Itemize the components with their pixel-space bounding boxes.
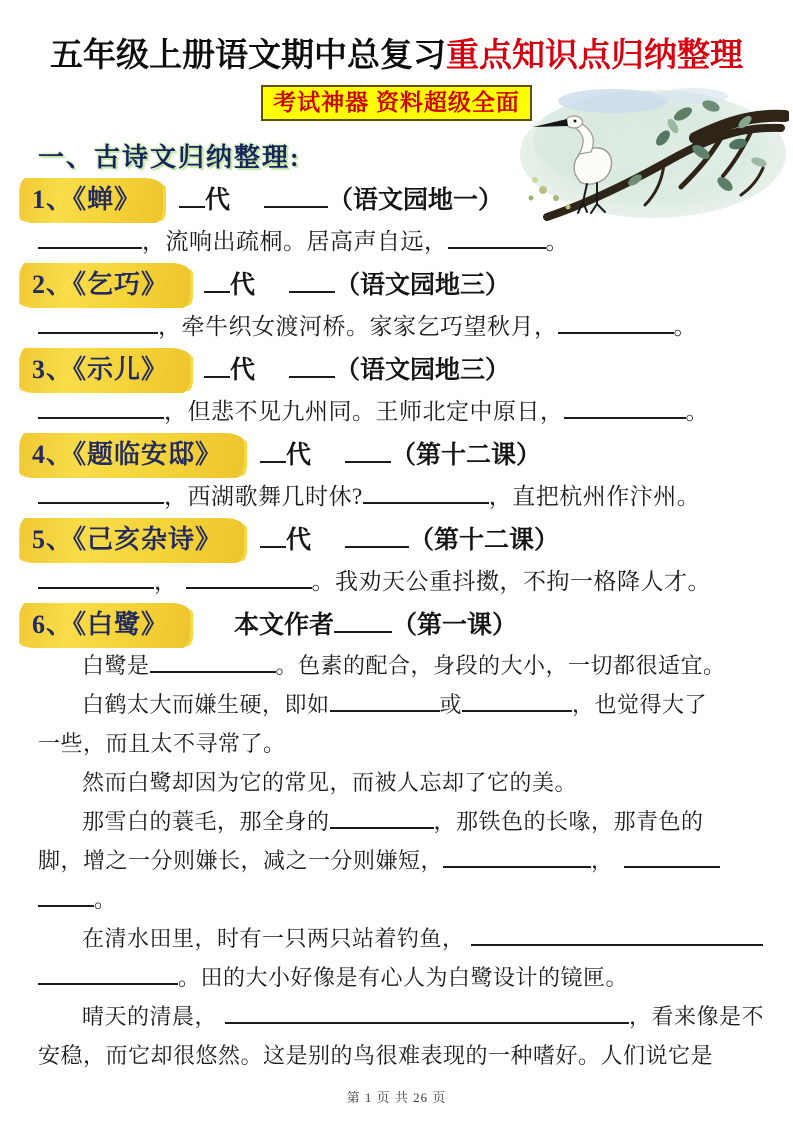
page-title-red-part: 重点知识点归纳整理: [446, 38, 743, 74]
text-segment: 代: [230, 357, 255, 384]
text-segment: （语文园地三）: [335, 272, 510, 299]
fill-in-blank: [564, 394, 686, 419]
fill-in-blank: [330, 805, 434, 829]
text-segment: 代: [286, 442, 311, 469]
text-segment: （第一课）: [392, 612, 517, 639]
page-title-black-part: 五年级上册语文期中总复习: [50, 38, 446, 74]
spacer: [244, 462, 260, 463]
text-segment: 代: [230, 272, 255, 299]
text-line: ，流响出疏桐。居高声自远，。: [38, 221, 755, 263]
text-segment: 脚，增之一分则嫌长，减之一分则嫌短，: [38, 848, 443, 873]
text-segment: ，但悲不见九州同。王师北定中原日，: [164, 399, 564, 424]
fill-in-blank: [558, 309, 674, 334]
text-segment: ，牵牛织女渡河桥。家家乞巧望秋月，: [158, 314, 558, 339]
text-line: 。: [38, 880, 755, 919]
fill-in-blank: [179, 181, 205, 208]
spacer: [163, 207, 179, 208]
text-segment: ，直把杭州作汴州。: [489, 484, 701, 509]
text-segment: （第十二课）: [391, 442, 541, 469]
text-line: ，西湖歌舞几时休?，直把杭州作汴州。: [38, 476, 755, 518]
text-segment: （语文园地一）: [328, 187, 503, 214]
spacer: [244, 547, 260, 548]
fill-in-blank: [471, 922, 763, 946]
text-line: 一些，而且太不寻常了。: [38, 724, 755, 763]
text-line: 脚，增之一分则嫌长，减之一分则嫌短，，: [38, 841, 755, 880]
fill-in-blank: [260, 436, 286, 463]
item-title-highlight: 5、《己亥杂诗》: [20, 518, 244, 563]
text-segment: 代: [205, 187, 230, 214]
text-line: 白鹭是。色素的配合，身段的大小，一切都很适宜。: [38, 646, 755, 685]
fill-in-blank: [624, 844, 720, 868]
fill-in-blank: [38, 394, 164, 419]
text-line: 那雪白的蓑毛，那全身的，那铁色的长喙，那青色的: [38, 802, 755, 841]
spacer: [255, 377, 289, 378]
spacer: [217, 1023, 225, 1024]
text-segment: 在清水田里，时有一只两只站着钓鱼，: [82, 926, 465, 951]
spacer: [311, 462, 345, 463]
fill-in-blank: [330, 688, 440, 712]
fill-in-blank: [186, 564, 312, 589]
text-line: ，牵牛织女渡河桥。家家乞巧望秋月，。: [38, 306, 755, 348]
text-segment: 晴天的清晨，: [82, 1004, 217, 1029]
text-segment: （第十二课）: [409, 527, 559, 554]
text-segment: ，: [591, 848, 614, 873]
worksheet-content: 1、《蝉》代（语文园地一），流响出疏桐。居高声自远，。2、《乞巧》代（语文园地三…: [38, 178, 755, 1075]
page-number-footer: 第 1 页 共 26 页: [0, 1087, 793, 1106]
text-segment: 。: [546, 229, 570, 254]
spacer: [190, 292, 204, 293]
text-line: ，但悲不见九州同。王师北定中原日，。: [38, 391, 755, 433]
text-segment: 安稳，而它却很悠然。这是别的鸟很难表现的一种嗜好。人们说它是: [38, 1043, 713, 1068]
text-segment: 。: [674, 314, 698, 339]
text-line: 安稳，而它却很悠然。这是别的鸟很难表现的一种嗜好。人们说它是: [38, 1036, 755, 1075]
text-line: ，。我劝天公重抖擞，不拘一格降人才。: [38, 561, 755, 603]
text-segment: 白鹤太大而嫌生硬，即如: [82, 692, 330, 717]
text-segment: 。我劝天公重抖擞，不拘一格降人才。: [312, 569, 712, 594]
fill-in-blank: [334, 606, 392, 633]
item-header: 4、《题临安邸》代（第十二课）: [38, 433, 755, 476]
text-line: 在清水田里，时有一只两只站着钓鱼，: [38, 919, 755, 958]
fill-in-blank: [448, 224, 546, 249]
text-line: 。田的大小好像是有心人为白鹭设计的镜匣。: [38, 958, 755, 997]
fill-in-blank: [38, 961, 178, 985]
text-segment: 。田的大小好像是有心人为白鹭设计的镜匣。: [178, 965, 628, 990]
item-title-highlight: 3、《示儿》: [20, 348, 190, 393]
item-title-highlight: 6、《白鹭》: [20, 603, 190, 648]
text-segment: 一些，而且太不寻常了。: [38, 731, 286, 756]
spacer: [255, 292, 289, 293]
text-segment: 。色素的配合，身段的大小，一切都很适宜。: [276, 653, 726, 678]
text-segment: 白鹭是: [82, 653, 150, 678]
item-header: 3、《示儿》代（语文园地三）: [38, 348, 755, 391]
spacer: [178, 588, 186, 589]
text-segment: 。: [686, 399, 710, 424]
fill-in-blank: [289, 266, 335, 293]
item-title-highlight: 2、《乞巧》: [20, 263, 190, 308]
text-segment: 然而白鹭却因为它的常见，而被人忘却了它的美。: [82, 770, 577, 795]
text-segment: 代: [286, 527, 311, 554]
text-segment: 。: [94, 887, 117, 912]
text-segment: ，那铁色的长喙，那青色的: [434, 809, 704, 834]
fill-in-blank: [260, 521, 286, 548]
item-title-highlight: 1、《蝉》: [20, 178, 163, 223]
fill-in-blank: [38, 479, 164, 504]
promo-badge: 考试神器 资料超级全面: [261, 85, 532, 121]
fill-in-blank: [204, 351, 230, 378]
fill-in-blank: [345, 521, 409, 548]
text-segment: ，: [154, 569, 178, 594]
fill-in-blank: [443, 844, 591, 868]
fill-in-blank: [225, 1000, 629, 1024]
text-line: 晴天的清晨，，看来像是不: [38, 997, 755, 1036]
item-header: 6、《白鹭》本文作者（第一课）: [38, 603, 755, 646]
fill-in-blank: [38, 883, 94, 907]
spacer: [190, 632, 234, 633]
text-segment: （语文园地三）: [335, 357, 510, 384]
fill-in-blank: [264, 181, 328, 208]
text-segment: ，看来像是不: [629, 1004, 764, 1029]
fill-in-blank: [462, 688, 572, 712]
text-segment: 或: [440, 692, 463, 717]
item-title-highlight: 4、《题临安邸》: [20, 433, 244, 478]
item-header: 1、《蝉》代（语文园地一）: [38, 178, 755, 221]
text-segment: 那雪白的蓑毛，那全身的: [82, 809, 330, 834]
fill-in-blank: [38, 224, 142, 249]
text-line: 然而白鹭却因为它的常见，而被人忘却了它的美。: [38, 763, 755, 802]
fill-in-blank: [363, 479, 489, 504]
item-header: 5、《己亥杂诗》代（第十二课）: [38, 518, 755, 561]
fill-in-blank: [289, 351, 335, 378]
text-line: 白鹤太大而嫌生硬，即如或，也觉得大了: [38, 685, 755, 724]
text-segment: ，西湖歌舞几时休?: [164, 484, 363, 509]
item-header: 2、《乞巧》代（语文园地三）: [38, 263, 755, 306]
fill-in-blank: [204, 266, 230, 293]
page-title: 五年级上册语文期中总复习重点知识点归纳整理: [30, 34, 763, 78]
fill-in-blank: [345, 436, 391, 463]
text-segment: ，也觉得大了: [572, 692, 707, 717]
spacer: [614, 867, 624, 868]
worksheet-page: 五年级上册语文期中总复习重点知识点归纳整理 考试神器 资料超级全面: [0, 0, 793, 1122]
fill-in-blank: [150, 649, 276, 673]
spacer: [311, 547, 345, 548]
spacer: [190, 377, 204, 378]
fill-in-blank: [38, 564, 154, 589]
text-segment: 本文作者: [234, 612, 334, 639]
text-segment: ，流响出疏桐。居高声自远，: [142, 229, 448, 254]
spacer: [230, 207, 264, 208]
fill-in-blank: [38, 309, 158, 334]
